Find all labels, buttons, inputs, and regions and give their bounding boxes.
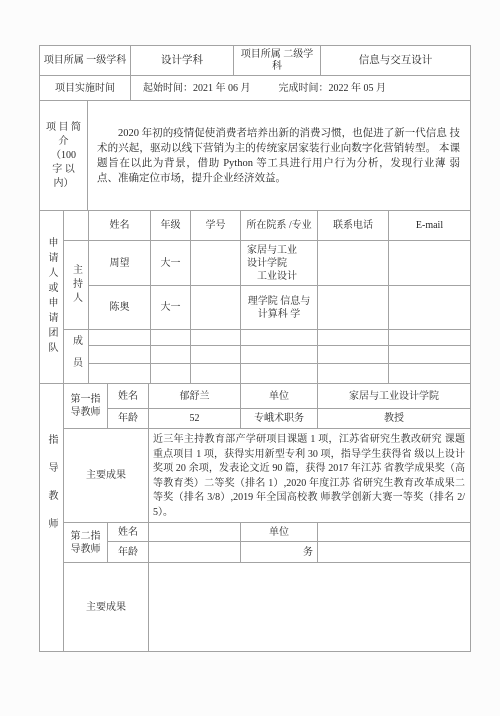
leader-grade: 大一: [151, 241, 191, 286]
second-advisor-unit-label: 单位: [241, 523, 318, 542]
start-date: 起始时间：2021 年 06 月: [143, 82, 251, 95]
team-subgroup-spacer: [64, 211, 89, 241]
scanned-form-page: 项目所属 一级学科 设计学科 项目所属 二级学科 信息与交互设计 项目实施时间 …: [0, 0, 500, 716]
member-phone: [318, 330, 389, 346]
first-advisor-unit-label: 单位: [241, 384, 318, 409]
discipline-level2-label: 项目所属 二级学科: [234, 46, 321, 76]
member-department: [241, 364, 318, 384]
second-advisor-age-label: 年龄: [108, 542, 149, 563]
leader-name: 周望: [89, 241, 151, 286]
leader-student-id: [191, 241, 241, 286]
second-advisor-achievements-label: 主要成果: [64, 563, 149, 652]
member-department: [241, 346, 318, 364]
application-form-table: 项目所属 一级学科 设计学科 项目所属 二级学科 信息与交互设计 项目实施时间 …: [39, 45, 471, 652]
leader-department: 家居与工业 设计学院 工业设计: [241, 241, 318, 286]
discipline-level1-value: 设计学科: [131, 46, 234, 76]
member-student-id: [191, 330, 241, 346]
member-group-label: 成员: [64, 330, 89, 384]
member-grade: [151, 330, 191, 346]
leader-name: 陈奥: [89, 286, 151, 330]
second-advisor-name-label: 姓名: [108, 523, 149, 542]
member-phone: [318, 346, 389, 364]
second-advisor-title-label: 务: [241, 542, 318, 563]
section-applicant-team: 申请人或申请团队 姓名 年级 学号 所在院系 /专业 联系电话 E-mail 主…: [40, 211, 471, 384]
col-header-student-id: 学号: [191, 211, 241, 241]
first-advisor-title-value: 教授: [318, 409, 471, 429]
discipline-level1-label: 项目所属 一级学科: [40, 46, 131, 76]
member-grade: [151, 364, 191, 384]
team-group-label: 申请人或申请团队: [40, 211, 64, 384]
member-email: [389, 330, 471, 346]
leader-phone: [318, 286, 389, 330]
member-email: [389, 364, 471, 384]
second-advisor-name-value: [149, 523, 241, 542]
member-grade: [151, 346, 191, 364]
first-advisor-achievements-label: 主要成果: [64, 429, 149, 523]
col-header-name: 姓名: [89, 211, 151, 241]
section-advisors: 指导教师 第一指导教师 姓名 郁舒兰 单位 家居与工业设计学院 年龄 52 专峨…: [40, 384, 471, 652]
leader-student-id: [191, 286, 241, 330]
first-advisor-label: 第一指导教师: [64, 384, 108, 429]
col-header-department: 所在院系 /专业: [241, 211, 318, 241]
implementation-time-label: 项目实施时间: [40, 76, 131, 101]
leader-phone: [318, 241, 389, 286]
leader-group-label: 主持人: [64, 241, 89, 330]
first-advisor-unit-value: 家居与工业设计学院: [318, 384, 471, 409]
implementation-time-value: 起始时间：2021 年 06 月 完成时间：2022 年 05 月: [131, 76, 471, 101]
member-student-id: [191, 346, 241, 364]
leader-email: [389, 241, 471, 286]
col-header-phone: 联系电话: [318, 211, 389, 241]
col-header-email: E-mail: [389, 211, 471, 241]
first-advisor-name-value: 郁舒兰: [149, 384, 241, 409]
leader-email: [389, 286, 471, 330]
second-advisor-achievements-text: [149, 563, 471, 652]
first-advisor-achievements-text: 近三年主持教育部产学研项目课题 1 项，江苏省研究生教改研究 课题重点项目 1 …: [149, 429, 471, 523]
first-advisor-age-value: 52: [149, 409, 241, 429]
discipline-level2-value: 信息与交互设计: [321, 46, 471, 76]
second-advisor-age-value: [149, 542, 241, 563]
second-advisor-unit-value: [318, 523, 471, 542]
first-advisor-title-label: 专峨术职务: [241, 409, 318, 429]
member-student-id: [191, 364, 241, 384]
member-department: [241, 330, 318, 346]
end-date: 完成时间：2022 年 05 月: [279, 82, 387, 95]
second-advisor-label: 第二指导教师: [64, 523, 108, 563]
first-advisor-name-label: 姓名: [108, 384, 149, 409]
leader-grade: 大一: [151, 286, 191, 330]
project-summary-text: 2020 年初的疫情促使消费者培养出新的消费习惯，也促进了新一代信息 技术的兴起…: [88, 101, 471, 211]
member-email: [389, 346, 471, 364]
member-name: [89, 330, 151, 346]
section-project-summary: 项 目 简 介 （100 字 以 内） 2020 年初的疫情促使消费者培养出新的…: [40, 101, 471, 211]
second-advisor-title-value: [318, 542, 471, 563]
section-project-header: 项目所属 一级学科 设计学科 项目所属 二级学科 信息与交互设计 项目实施时间 …: [40, 46, 471, 101]
leader-department: 理学院 信息与 计算科 学: [241, 286, 318, 330]
member-name: [89, 364, 151, 384]
col-header-grade: 年级: [151, 211, 191, 241]
project-summary-label: 项 目 简 介 （100 字 以 内）: [40, 101, 88, 211]
member-name: [89, 346, 151, 364]
advisor-group-label: 指导教师: [40, 384, 64, 652]
first-advisor-age-label: 年龄: [108, 409, 149, 429]
member-phone: [318, 364, 389, 384]
